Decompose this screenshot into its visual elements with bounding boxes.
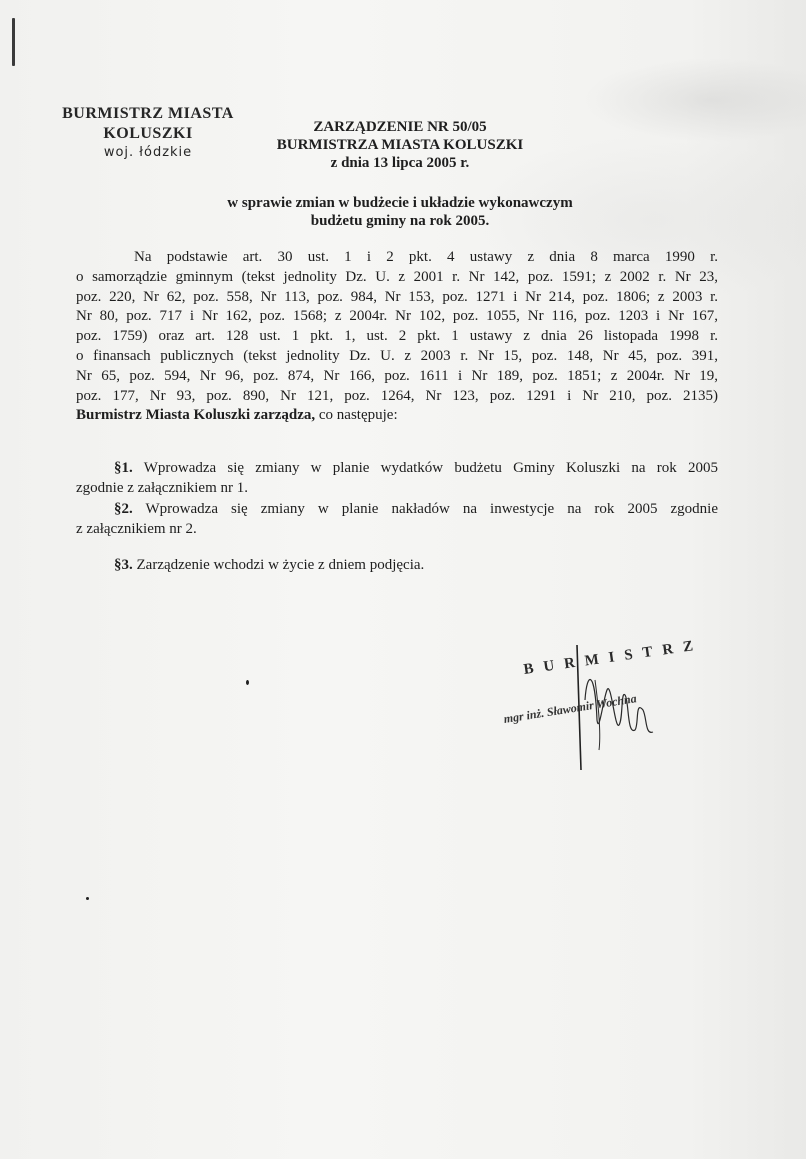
stamp-line-2: KOLUSZKI <box>58 124 238 144</box>
title-line-3: z dnia 13 lipca 2005 r. <box>220 154 580 172</box>
section-2-text: Wprowadza się zmiany w planie nakładów n… <box>133 501 718 517</box>
subject-line-2: budżetu gminy na rok 2005. <box>190 212 610 230</box>
subject-line-1: w sprawie zmian w budżecie i układzie wy… <box>190 194 610 212</box>
preamble-line: o finansach publicznych (tekst jednolity… <box>76 347 718 367</box>
preamble-line: Nr 80, poz. 717 i Nr 162, poz. 1568; z 2… <box>76 307 718 327</box>
document-title: ZARZĄDZENIE NR 50/05 BURMISTRZA MIASTA K… <box>220 118 580 172</box>
section-1-text: Wprowadza się zmiany w planie wydatków b… <box>133 460 718 476</box>
preamble-line: Na podstawie art. 30 ust. 1 i 2 pkt. 4 u… <box>76 248 718 268</box>
scan-edge-mark <box>12 18 15 66</box>
section-1: §1. Wprowadza się zmiany w planie wydatk… <box>76 459 718 499</box>
section-1-line-2: zgodnie z załącznikiem nr 1. <box>76 479 718 499</box>
section-3-mark: §3. <box>114 557 133 573</box>
section-2-mark: §2. <box>114 501 133 517</box>
section-2-line-2: z załącznikiem nr 2. <box>76 520 718 540</box>
preamble-closing-bold: Burmistrz Miasta Koluszki zarządza, <box>76 407 315 423</box>
section-2-line-1: §2. Wprowadza się zmiany w planie nakład… <box>76 500 718 520</box>
preamble-closing-rest: co następuje: <box>315 407 397 423</box>
stamp-line-3: woj. łódzkie <box>58 144 238 162</box>
title-line-2: BURMISTRZA MIASTA KOLUSZKI <box>220 136 580 154</box>
scan-speck <box>246 680 249 685</box>
office-stamp: BURMISTRZ MIASTA KOLUSZKI woj. łódzkie <box>58 104 238 162</box>
section-3-line-1: §3. Zarządzenie wchodzi w życie z dniem … <box>76 556 718 576</box>
preamble-closing: Burmistrz Miasta Koluszki zarządza, co n… <box>76 406 718 426</box>
preamble-line: o samorządzie gminnym (tekst jednolity D… <box>76 268 718 288</box>
document-subject: w sprawie zmian w budżecie i układzie wy… <box>190 194 610 230</box>
section-1-line-1: §1. Wprowadza się zmiany w planie wydatk… <box>76 459 718 479</box>
section-1-mark: §1. <box>114 460 133 476</box>
scan-speck <box>86 897 89 900</box>
stamp-line-1: BURMISTRZ MIASTA <box>58 104 238 124</box>
handwritten-signature-icon <box>565 640 675 780</box>
signature-block: BURMISTRZ mgr inż. Sławomir Wochna <box>505 640 735 780</box>
preamble-line: poz. 177, Nr 93, poz. 890, Nr 121, poz. … <box>76 387 718 407</box>
scanned-page-background <box>0 0 806 1159</box>
preamble-line: Nr 65, poz. 594, Nr 96, poz. 874, Nr 166… <box>76 367 718 387</box>
section-2: §2. Wprowadza się zmiany w planie nakład… <box>76 500 718 540</box>
title-line-1: ZARZĄDZENIE NR 50/05 <box>220 118 580 136</box>
section-3: §3. Zarządzenie wchodzi w życie z dniem … <box>76 556 718 576</box>
preamble-line: poz. 1759) oraz art. 128 ust. 1 pkt. 1, … <box>76 327 718 347</box>
preamble-line: poz. 220, Nr 62, poz. 558, Nr 113, poz. … <box>76 288 718 308</box>
section-3-text: Zarządzenie wchodzi w życie z dniem podj… <box>133 557 425 573</box>
preamble: Na podstawie art. 30 ust. 1 i 2 pkt. 4 u… <box>76 248 718 426</box>
